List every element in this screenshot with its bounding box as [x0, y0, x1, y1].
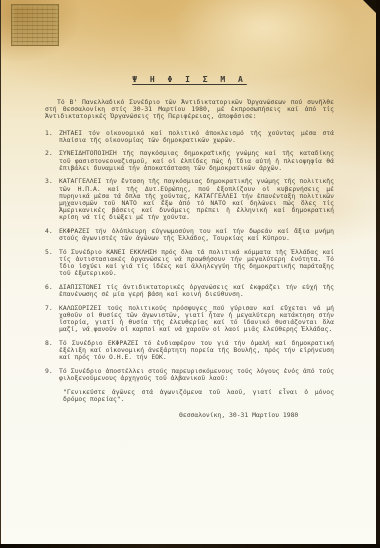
resolution-item-2: 2. ΣΥΝΕΙΔΗΤΟΠΟΙΗΣΗ τῆς παγκόσμιας δημοκρ…: [45, 150, 334, 171]
item-text: Τό Συνέδριο ἀποστέλλει στούς παρευρισκόμ…: [59, 367, 334, 382]
scan-edge-right: [376, 0, 380, 548]
item-text: ΣΥΝΕΙΔΗΤΟΠΟΙΗΣΗ τῆς παγκόσμιας δημοκρατι…: [59, 149, 334, 171]
archive-stamp-icon: [11, 4, 59, 46]
item-text: ΚΑΛΩΣΟΡΙΖΕΙ τούς πολιτικούς πρόσφυγες πο…: [59, 304, 334, 333]
resolution-item-3: 3. ΚΑΤΑΓΓΕΛΛΕΙ τήν ἔνταση τῆς παγκόσμιας…: [45, 178, 334, 221]
item-number: 6.: [45, 284, 53, 291]
dateline: Θεσσαλονίκη, 30-31 Μαρτίου 1980: [45, 412, 334, 419]
item-number: 4.: [45, 228, 53, 235]
paper-sheet: Ψ Η Φ Ι Σ Μ Α Τό Β' Πανελλαδικό Συνέδριο…: [1, 0, 376, 544]
item-number: 3.: [45, 178, 53, 185]
item-text: Τό Συνέδριο ΕΚΦΡΑΖΕΙ τό ἐνδιαφέρον του γ…: [59, 339, 334, 361]
resolution-item-4: 4. ΕΚΦΡΑΖΕΙ τήν ὁλόπλευρη εὐγνωμοσύνη το…: [45, 228, 334, 242]
item-text: ΚΑΤΑΓΓΕΛΛΕΙ τήν ἔνταση τῆς παγκόσμιας δη…: [59, 177, 334, 221]
closing-quote: "Γενικεύστε ἀγῶνες στά ἀγωνιζόμενα τοῦ λ…: [45, 389, 334, 403]
item-number: 9.: [45, 368, 53, 375]
resolution-item-6: 6. ΔΙΑΠΙΣΤΩΝΕΙ τίς ἀντιδικτατορικές ὀργα…: [45, 284, 334, 298]
scan-edge-bottom: [0, 544, 380, 548]
scanned-document: Ψ Η Φ Ι Σ Μ Α Τό Β' Πανελλαδικό Συνέδριο…: [0, 0, 380, 548]
resolution-item-8: 8. Τό Συνέδριο ΕΚΦΡΑΖΕΙ τό ἐνδιαφέρον το…: [45, 340, 334, 361]
item-text: ΖΗΤΑΕΙ τόν οἰκονομικό καί πολιτικό ἀποκλ…: [59, 129, 334, 144]
item-number: 1.: [45, 130, 53, 137]
item-number: 8.: [45, 340, 53, 347]
resolution-item-7: 7. ΚΑΛΩΣΟΡΙΖΕΙ τούς πολιτικούς πρόσφυγες…: [45, 305, 334, 334]
resolution-item-9: 9. Τό Συνέδριο ἀποστέλλει στούς παρευρισ…: [45, 368, 334, 382]
item-text: ΕΚΦΡΑΖΕΙ τήν ὁλόπλευρη εὐγνωμοσύνη του κ…: [59, 227, 334, 242]
item-text: ΔΙΑΠΙΣΤΩΝΕΙ τίς ἀντιδικτατορικές ὀργανώσ…: [59, 283, 334, 298]
resolution-item-1: 1. ΖΗΤΑΕΙ τόν οἰκονομικό καί πολιτικό ἀπ…: [45, 130, 334, 144]
item-text: Τό Συνέδριο ΚΑΝΕΙ ΕΚΚΛΗΣΗ πρός ὅλα τά πο…: [59, 248, 334, 277]
scan-edge-left: [0, 0, 1, 548]
intro-paragraph: Τό Β' Πανελλαδικό Συνέδριο τῶν Ἀντιδικτα…: [45, 99, 334, 120]
item-number: 7.: [45, 305, 53, 312]
document-body: Ψ Η Φ Ι Σ Μ Α Τό Β' Πανελλαδικό Συνέδριο…: [45, 76, 334, 419]
document-title: Ψ Η Φ Ι Σ Μ Α: [45, 76, 334, 83]
item-number: 2.: [45, 150, 53, 157]
item-number: 5.: [45, 249, 53, 256]
resolution-item-5: 5. Τό Συνέδριο ΚΑΝΕΙ ΕΚΚΛΗΣΗ πρός ὅλα τά…: [45, 249, 334, 278]
